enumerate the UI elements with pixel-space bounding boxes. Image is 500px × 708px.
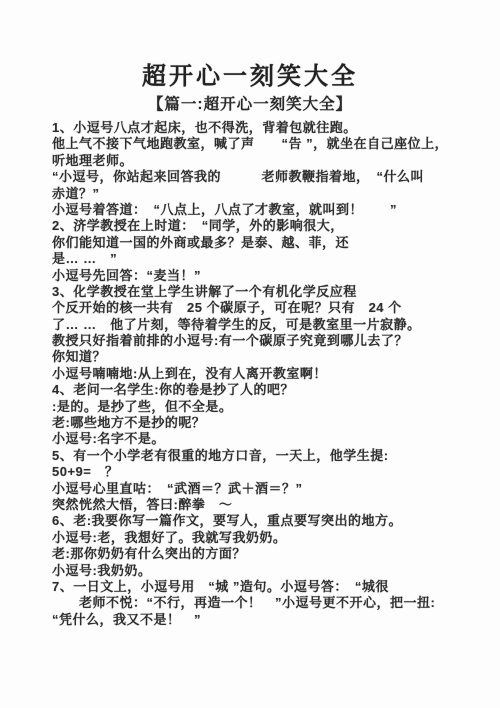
text-line: 1、小逗号八点才起床，也不得洗，背着包就往跑。: [52, 120, 467, 136]
page-subtitle: 【篇一:超开心一刻笑大全】: [0, 92, 500, 114]
text-line: 你知道？: [52, 349, 467, 365]
text-line: 小逗号先回答：“麦当！”: [52, 268, 467, 284]
text-line: 小逗号:老，我想好了。我就写我奶奶。: [52, 530, 467, 546]
text-line: 7、一日文上，小逗号用 “城 ”造句。小逗号答： “城很: [52, 579, 467, 595]
text-line: 2、济学教授在上时道： “同学，外的影响很大，: [52, 218, 467, 234]
text-line: 5、有一个小学老有很重的地方口音，一天上，他学生提:: [52, 448, 467, 464]
text-line: 是… … ”: [52, 251, 467, 267]
text-line: :是的。是抄了些，但不全是。: [52, 399, 467, 415]
text-line: 小逗号心里直咕： “武酒＝？武＋酒＝？”: [52, 481, 467, 497]
text-line: 小逗号喃喃地:从上到在，没有人离开教室啊！: [52, 366, 467, 382]
text-line: 教授只好指着前排的小逗号:有一个碳原子究竟到哪儿去了？: [52, 333, 467, 349]
text-line: 老师不悦：“不行，再造一个！ ”小逗号更不开心，把一扭:: [52, 595, 467, 611]
text-line: 3、化学教授在堂上学生讲解了一个有机化学反应程: [52, 284, 467, 300]
text-line: 小逗号:我奶奶。: [52, 563, 467, 579]
text-line: 了… … 他了片刻，等待着学生的反，可是教室里一片寂静。: [52, 317, 467, 333]
text-line: 50+9= ？: [52, 464, 467, 480]
text-line: 你们能知道一国的外商或最多？是泰、越、菲，还: [52, 235, 467, 251]
page-title: 超开心一刻笑大全: [0, 56, 500, 91]
text-line: 4、老问一名学生:你的卷是抄了人的吧？: [52, 382, 467, 398]
text-line: 突然恍然大悟，答曰:醉拳 ～: [52, 497, 467, 513]
text-line: 听地理老师。: [52, 153, 467, 169]
document-body: 1、小逗号八点才起床，也不得洗，背着包就往跑。 他上气不接下气地跑教室，喊了声 …: [52, 120, 467, 628]
text-line: 6、老:我要你写一篇作文，要写人，重点要写突出的地方。: [52, 513, 467, 529]
document-page: 超开心一刻笑大全 【篇一:超开心一刻笑大全】 1、小逗号八点才起床，也不得洗，背…: [0, 0, 500, 708]
text-line: 他上气不接下气地跑教室，喊了声 “告 ”，就坐在自己座位上，: [52, 136, 467, 152]
text-line: 赤道？”: [52, 186, 467, 202]
text-line: 小逗号着答道： “八点上，八点了才教室，就叫到！ ”: [52, 202, 467, 218]
text-line: 小逗号:名字不是。: [52, 431, 467, 447]
text-line: 老:哪些地方不是抄的呢？: [52, 415, 467, 431]
text-line: 老:那你奶奶有什么突出的方面？: [52, 546, 467, 562]
text-line: “小逗号，你站起来回答我的 老师教鞭指着地， “什么叫: [52, 169, 467, 185]
text-line: “凭什么，我又不是！ ”: [52, 612, 467, 628]
text-line: 个反开始的核一共有 25 个碳原子，可在呢？只有 24 个: [52, 300, 467, 316]
